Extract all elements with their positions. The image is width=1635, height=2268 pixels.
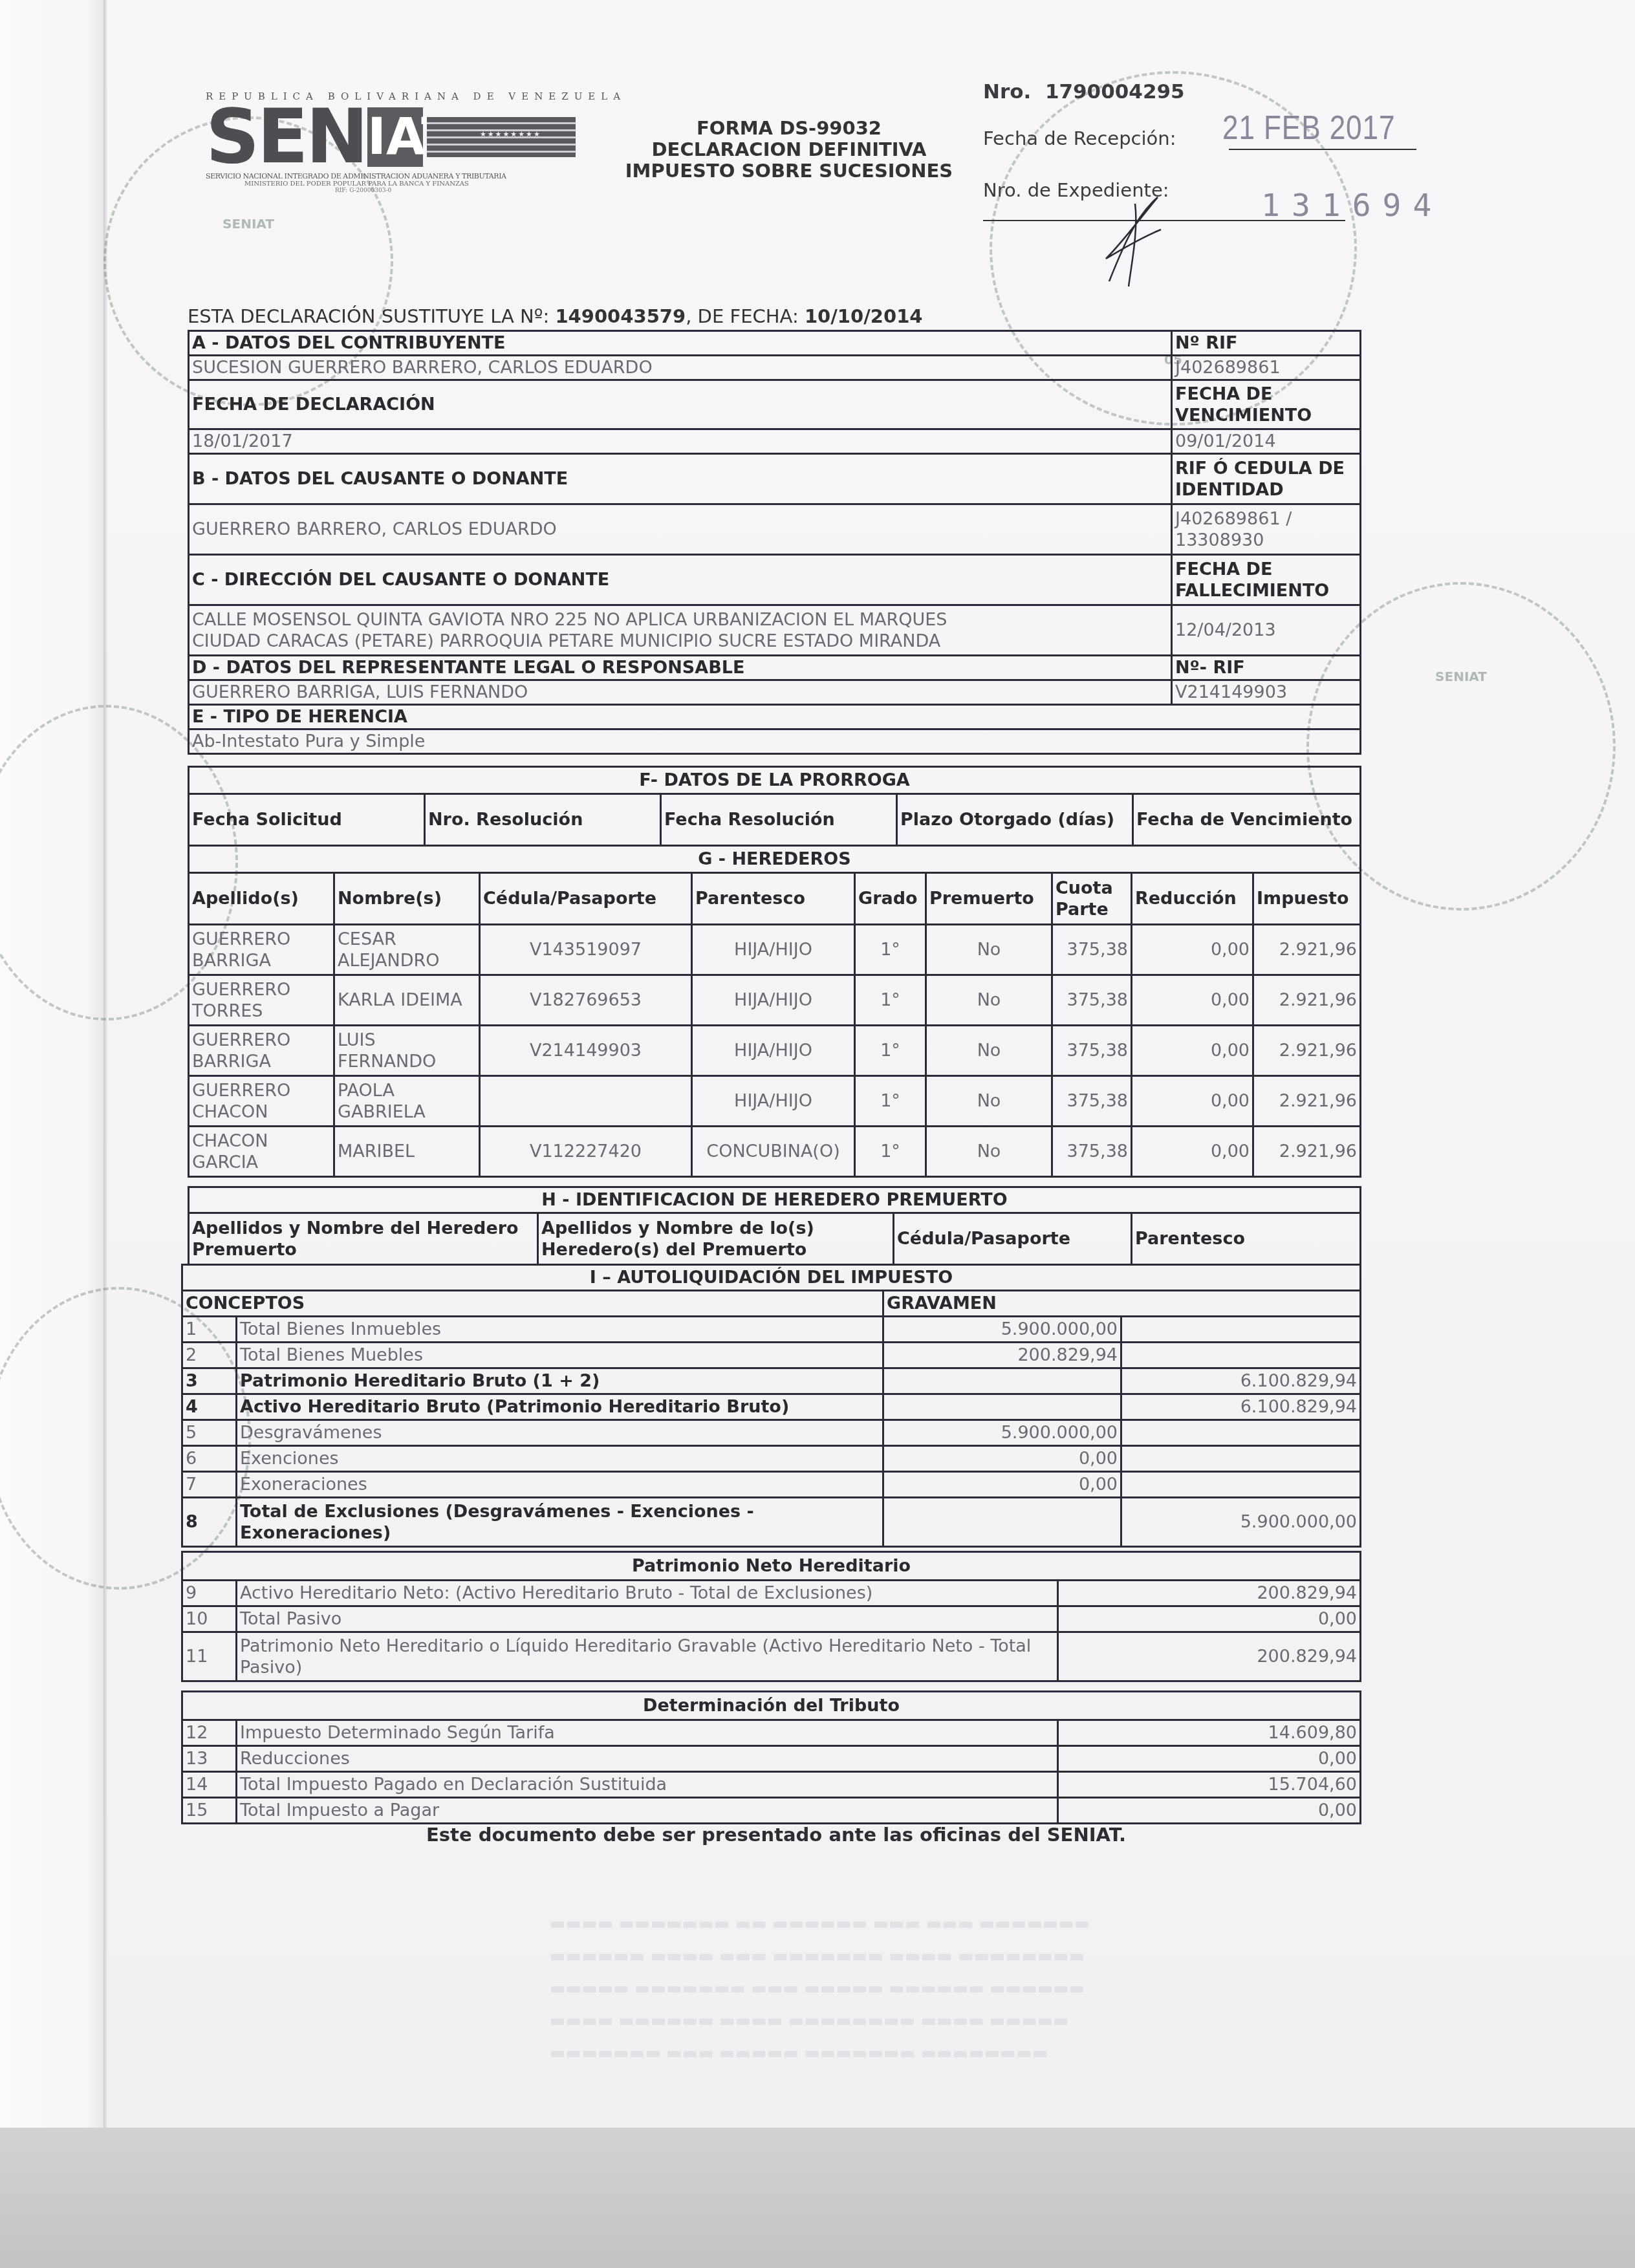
heir-nombres: CESAR ALEJANDRO	[334, 925, 480, 975]
expediente-stamp: 131694	[1261, 188, 1443, 224]
concept-total: 5.900.000,00	[1121, 1498, 1361, 1547]
causante-address: CALLE MOSENSOL QUINTA GAVIOTA NRO 225 NO…	[189, 605, 1172, 656]
concept-number: 6	[182, 1446, 237, 1472]
concept-total: 6.100.829,94	[1121, 1368, 1361, 1394]
gravamen-label: GRAVAMEN	[883, 1291, 1361, 1317]
concept-total: 6.100.829,94	[1121, 1394, 1361, 1420]
heir-reduccion: 0,00	[1132, 925, 1253, 975]
substituted-date: 10/10/2014	[805, 305, 923, 327]
fallecimiento-label: FECHA DE FALLECIMIENTO	[1172, 555, 1361, 605]
col-fecha-vencimiento: Fecha de Vencimiento	[1133, 794, 1361, 846]
tributo-number: 12	[182, 1720, 237, 1746]
substitution-prefix: ESTA DECLARACIÓN SUSTITUYE LA Nº:	[188, 305, 555, 327]
bleed-through-text: ▬▬▬▬ ▬▬▬▬▬▬▬ ▬▬ ▬▬▬▬▬▬ ▬▬▬ ▬▬▬ ▬▬▬▬▬▬▬	[550, 1914, 1090, 1934]
col-cedula: Cédula/Pasaporte	[480, 873, 692, 925]
heir-grado: 1°	[855, 1127, 926, 1177]
heir-cuota-parte: 375,38	[1052, 1127, 1132, 1177]
tributo-number: 14	[182, 1772, 237, 1798]
concept-label: Activo Hereditario Bruto (Patrimonio Her…	[237, 1394, 883, 1420]
concept-row: 1Total Bienes Inmuebles5.900.000,00	[182, 1317, 1361, 1343]
concept-row: 3Patrimonio Hereditario Bruto (1 + 2)6.1…	[182, 1368, 1361, 1394]
concept-gravamen	[883, 1394, 1121, 1420]
heir-grado: 1°	[855, 975, 926, 1026]
fecha-declaracion-label: FECHA DE DECLARACIÓN	[189, 380, 1172, 429]
heir-apellidos: GUERRERO CHACON	[189, 1076, 334, 1127]
fecha-recepcion-label: Fecha de Recepción:	[983, 127, 1176, 149]
neto-value: 200.829,94	[1058, 1632, 1361, 1681]
col-reduccion: Reducción	[1132, 873, 1253, 925]
concept-label: Patrimonio Hereditario Bruto (1 + 2)	[237, 1368, 883, 1394]
declaration-number: Nro. 1790004295	[983, 80, 1185, 103]
col-parentesco-premuerto: Parentesco	[1132, 1213, 1361, 1265]
fecha-recepcion-line	[1229, 149, 1416, 150]
tributo-label: Total Impuesto Pagado en Declaración Sus…	[237, 1772, 1058, 1798]
logo-sen: SEN	[206, 105, 366, 169]
neto-number: 11	[182, 1632, 237, 1681]
neto-number: 10	[182, 1606, 237, 1632]
substituted-number: 1490043579	[555, 305, 686, 327]
heir-cedula: V143519097	[480, 925, 692, 975]
contribuyente-rif: J402689861	[1172, 356, 1361, 380]
section-a-title: A - DATOS DEL CONTRIBUYENTE	[189, 331, 1172, 356]
col-parentesco: Parentesco	[692, 873, 855, 925]
col-premuerto: Premuerto	[926, 873, 1052, 925]
fecha-vencimiento-label: FECHA DE VENCIMIENTO	[1172, 380, 1361, 429]
heir-reduccion: 0,00	[1132, 1127, 1253, 1177]
heir-cedula: V214149903	[480, 1026, 692, 1076]
ministry-name: MINISTERIO DEL PODER POPULAR PARA LA BAN…	[244, 180, 600, 188]
agency-name: SERVICIO NACIONAL INTEGRADO DE ADMINISTR…	[206, 172, 600, 180]
section-d-title: D - DATOS DEL REPRESENTANTE LEGAL O RESP…	[189, 656, 1172, 680]
fallecimiento-value: 12/04/2013	[1172, 605, 1361, 656]
heir-premuerto: No	[926, 975, 1052, 1026]
page-fold	[0, 0, 107, 2128]
neto-label: Activo Hereditario Neto: (Activo Heredit…	[237, 1581, 1058, 1606]
tributo-value: 0,00	[1058, 1798, 1361, 1824]
col-fecha-resolucion: Fecha Resolución	[661, 794, 897, 846]
heir-row: GUERRERO CHACONPAOLA GABRIELAHIJA/HIJO1°…	[189, 1076, 1361, 1127]
section-i-autoliquidacion: I – AUTOLIQUIDACIÓN DEL IMPUESTO CONCEPT…	[181, 1264, 1361, 1548]
rif-label: Nº RIF	[1172, 331, 1361, 356]
bleed-through-text: ▬▬▬▬▬▬▬ ▬▬▬ ▬▬▬▬▬ ▬▬▬▬▬▬▬ ▬▬▬▬▬▬▬▬	[550, 2044, 1048, 2063]
concept-label: Exoneraciones	[237, 1472, 883, 1498]
tributo-value: 15.704,60	[1058, 1772, 1361, 1798]
concept-row: 4Activo Hereditario Bruto (Patrimonio He…	[182, 1394, 1361, 1420]
heir-impuesto: 2.921,96	[1253, 975, 1361, 1026]
heir-row: CHACON GARCIAMARIBELV112227420CONCUBINA(…	[189, 1127, 1361, 1177]
heir-row: GUERRERO TORRESKARLA IDEIMAV182769653HIJ…	[189, 975, 1361, 1026]
concept-row: 8Total de Exclusiones (Desgravámenes - E…	[182, 1498, 1361, 1547]
conceptos-label: CONCEPTOS	[182, 1291, 883, 1317]
section-g-title: G - HEREDEROS	[189, 846, 1361, 873]
heir-reduccion: 0,00	[1132, 1026, 1253, 1076]
heir-nombres: MARIBEL	[334, 1127, 480, 1177]
substitution-middle: , DE FECHA:	[686, 305, 805, 327]
agency-rif: RIF: G-20000303-0	[335, 188, 600, 194]
section-f-prorroga: F- DATOS DE LA PRORROGA Fecha Solicitud …	[188, 766, 1361, 847]
heirs-header-row: Apellido(s) Nombre(s) Cédula/Pasaporte P…	[189, 873, 1361, 925]
form-title: FORMA DS-99032 DECLARACION DEFINITIVA IM…	[608, 118, 970, 182]
heir-impuesto: 2.921,96	[1253, 1076, 1361, 1127]
concept-gravamen	[883, 1498, 1121, 1547]
concept-number: 4	[182, 1394, 237, 1420]
heir-row: GUERRERO BARRIGALUIS FERNANDOV214149903H…	[189, 1026, 1361, 1076]
representante-rif-label: Nº- RIF	[1172, 656, 1361, 680]
heir-cuota-parte: 375,38	[1052, 1076, 1132, 1127]
concept-number: 7	[182, 1472, 237, 1498]
bleed-through-text: ▬▬▬▬ ▬▬▬▬▬▬ ▬▬▬▬ ▬▬▬▬▬▬▬▬ ▬▬▬▬ ▬▬▬▬▬	[550, 2011, 1069, 2031]
heir-reduccion: 0,00	[1132, 975, 1253, 1026]
heir-parentesco: HIJA/HIJO	[692, 925, 855, 975]
tributo-number: 13	[182, 1746, 237, 1772]
concept-total	[1121, 1343, 1361, 1368]
tributo-label: Total Impuesto a Pagar	[237, 1798, 1058, 1824]
heir-parentesco: HIJA/HIJO	[692, 1076, 855, 1127]
col-cedula-premuerto: Cédula/Pasaporte	[894, 1213, 1132, 1265]
flag-stripe-icon: ★★★★★★★★	[427, 117, 576, 157]
causante-name: GUERRERO BARRERO, CARLOS EDUARDO	[189, 504, 1172, 555]
sections-a-to-e: A - DATOS DEL CONTRIBUYENTE Nº RIF SUCES…	[188, 330, 1361, 755]
concept-label: Total Bienes Inmuebles	[237, 1317, 883, 1343]
section-b-title: B - DATOS DEL CAUSANTE O DONANTE	[189, 454, 1172, 504]
tributo-row: 14Total Impuesto Pagado en Declaración S…	[182, 1772, 1361, 1798]
neto-label: Total Pasivo	[237, 1606, 1058, 1632]
nro-value: 1790004295	[1045, 80, 1185, 103]
substitution-line: ESTA DECLARACIÓN SUSTITUYE LA Nº: 149004…	[188, 305, 922, 327]
logo-iat: IAT	[367, 107, 423, 167]
concept-number: 3	[182, 1368, 237, 1394]
heir-premuerto: No	[926, 925, 1052, 975]
concept-gravamen: 0,00	[883, 1446, 1121, 1472]
heir-cuota-parte: 375,38	[1052, 1026, 1132, 1076]
concept-label: Total Bienes Muebles	[237, 1343, 883, 1368]
concept-number: 1	[182, 1317, 237, 1343]
heir-row: GUERRERO BARRIGACESAR ALEJANDROV14351909…	[189, 925, 1361, 975]
heir-cedula: V112227420	[480, 1127, 692, 1177]
heir-grado: 1°	[855, 925, 926, 975]
col-heredero-premuerto: Apellidos y Nombre del Heredero Premuert…	[189, 1213, 538, 1265]
tributo-value: 14.609,80	[1058, 1720, 1361, 1746]
concept-total	[1121, 1472, 1361, 1498]
heir-cedula	[480, 1076, 692, 1127]
patrimonio-neto: Patrimonio Neto Hereditario 9Activo Here…	[181, 1551, 1361, 1682]
fecha-declaracion-value: 18/01/2017	[189, 429, 1172, 454]
form-subtitle: IMPUESTO SOBRE SUCESIONES	[608, 160, 970, 182]
heir-nombres: LUIS FERNANDO	[334, 1026, 480, 1076]
neto-value: 0,00	[1058, 1606, 1361, 1632]
heir-premuerto: No	[926, 1127, 1052, 1177]
col-herederos-del-premuerto: Apellidos y Nombre de lo(s) Heredero(s) …	[538, 1213, 894, 1265]
concept-number: 5	[182, 1420, 237, 1446]
heir-grado: 1°	[855, 1026, 926, 1076]
section-g-herederos: G - HEREDEROS Apellido(s) Nombre(s) Cédu…	[188, 845, 1361, 1178]
section-h-premuerto: H - IDENTIFICACION DE HEREDERO PREMUERTO…	[188, 1186, 1361, 1266]
heir-premuerto: No	[926, 1026, 1052, 1076]
tributo-row: 12Impuesto Determinado Según Tarifa14.60…	[182, 1720, 1361, 1746]
concept-total	[1121, 1317, 1361, 1343]
concept-label: Total de Exclusiones (Desgravámenes - Ex…	[237, 1498, 883, 1547]
col-grado: Grado	[855, 873, 926, 925]
heir-grado: 1°	[855, 1076, 926, 1127]
tributo-label: Reducciones	[237, 1746, 1058, 1772]
bleed-through-text: ▬▬▬▬▬▬ ▬▬▬▬ ▬▬▬ ▬▬▬▬▬▬▬ ▬▬▬▬ ▬▬▬▬▬▬▬▬	[550, 1947, 1085, 1966]
concept-gravamen: 0,00	[883, 1472, 1121, 1498]
col-nombres: Nombre(s)	[334, 873, 480, 925]
causante-id: J402689861 / 13308930	[1172, 504, 1361, 555]
heir-premuerto: No	[926, 1076, 1052, 1127]
signature-icon	[1096, 191, 1167, 288]
tributo-value: 0,00	[1058, 1746, 1361, 1772]
concept-total	[1121, 1446, 1361, 1472]
heir-apellidos: GUERRERO TORRES	[189, 975, 334, 1026]
causante-cedula: 13308930	[1175, 530, 1357, 551]
nro-label: Nro.	[983, 80, 1031, 103]
scanner-background	[0, 2128, 1635, 2268]
concept-total	[1121, 1420, 1361, 1446]
col-cuota-parte: Cuota Parte	[1052, 873, 1132, 925]
concept-row: 6Exenciones0,00	[182, 1446, 1361, 1472]
footer-note: Este documento debe ser presentado ante …	[188, 1824, 1365, 1846]
neto-row: 9Activo Hereditario Neto: (Activo Heredi…	[182, 1581, 1361, 1606]
tipo-herencia-value: Ab-Intestato Pura y Simple	[189, 729, 1361, 754]
heir-parentesco: HIJA/HIJO	[692, 975, 855, 1026]
concept-gravamen: 5.900.000,00	[883, 1317, 1121, 1343]
heir-nombres: PAOLA GABRIELA	[334, 1076, 480, 1127]
heir-cuota-parte: 375,38	[1052, 975, 1132, 1026]
reception-date-stamp: 21 FEB 2017	[1222, 109, 1395, 147]
col-apellidos: Apellido(s)	[189, 873, 334, 925]
address-line-1: CALLE MOSENSOL QUINTA GAVIOTA NRO 225 NO…	[192, 609, 1168, 631]
heir-apellidos: GUERRERO BARRIGA	[189, 925, 334, 975]
form-name: DECLARACION DEFINITIVA	[608, 139, 970, 160]
heir-apellidos: CHACON GARCIA	[189, 1127, 334, 1177]
col-plazo-otorgado: Plazo Otorgado (días)	[897, 794, 1133, 846]
concept-label: Desgravámenes	[237, 1420, 883, 1446]
neto-row: 10Total Pasivo0,00	[182, 1606, 1361, 1632]
concept-row: 2Total Bienes Muebles200.829,94	[182, 1343, 1361, 1368]
representante-rif: V214149903	[1172, 680, 1361, 705]
address-line-2: CIUDAD CARACAS (PETARE) PARROQUIA PETARE…	[192, 631, 1168, 652]
neto-label: Patrimonio Neto Hereditario o Líquido He…	[237, 1632, 1058, 1681]
heir-cuota-parte: 375,38	[1052, 925, 1132, 975]
causante-rif: J402689861 /	[1175, 508, 1357, 530]
causante-id-label: RIF Ó CEDULA DE IDENTIDAD	[1172, 454, 1361, 504]
heir-impuesto: 2.921,96	[1253, 1127, 1361, 1177]
heir-impuesto: 2.921,96	[1253, 1026, 1361, 1076]
neto-row: 11Patrimonio Neto Hereditario o Líquido …	[182, 1632, 1361, 1681]
determinacion-tributo: Determinación del Tributo 12Impuesto Det…	[181, 1690, 1361, 1824]
heir-parentesco: HIJA/HIJO	[692, 1026, 855, 1076]
section-c-title: C - DIRECCIÓN DEL CAUSANTE O DONANTE	[189, 555, 1172, 605]
heir-reduccion: 0,00	[1132, 1076, 1253, 1127]
col-fecha-solicitud: Fecha Solicitud	[189, 794, 425, 846]
section-f-title: F- DATOS DE LA PRORROGA	[189, 767, 1361, 794]
tributo-number: 15	[182, 1798, 237, 1824]
concept-row: 5Desgravámenes5.900.000,00	[182, 1420, 1361, 1446]
col-nro-resolucion: Nro. Resolución	[425, 794, 661, 846]
neto-number: 9	[182, 1581, 237, 1606]
tributo-row: 13Reducciones0,00	[182, 1746, 1361, 1772]
tributo-title: Determinación del Tributo	[182, 1692, 1361, 1720]
neto-title: Patrimonio Neto Hereditario	[182, 1552, 1361, 1581]
heir-impuesto: 2.921,96	[1253, 925, 1361, 975]
concept-number: 8	[182, 1498, 237, 1547]
concept-gravamen	[883, 1368, 1121, 1394]
col-impuesto: Impuesto	[1253, 873, 1361, 925]
tributo-row: 15Total Impuesto a Pagar0,00	[182, 1798, 1361, 1824]
neto-value: 200.829,94	[1058, 1581, 1361, 1606]
concept-number: 2	[182, 1343, 237, 1368]
section-e-title: E - TIPO DE HERENCIA	[189, 705, 1361, 729]
concept-label: Exenciones	[237, 1446, 883, 1472]
seniat-logo: REPUBLICA BOLIVARIANA DE VENEZUELA SEN I…	[206, 91, 600, 194]
heir-apellidos: GUERRERO BARRIGA	[189, 1026, 334, 1076]
form-code: FORMA DS-99032	[608, 118, 970, 139]
fecha-vencimiento-value: 09/01/2014	[1172, 429, 1361, 454]
contribuyente-name: SUCESION GUERRERO BARRERO, CARLOS EDUARD…	[189, 356, 1172, 380]
section-i-title: I – AUTOLIQUIDACIÓN DEL IMPUESTO	[182, 1265, 1361, 1291]
concept-gravamen: 200.829,94	[883, 1343, 1121, 1368]
heir-parentesco: CONCUBINA(O)	[692, 1127, 855, 1177]
tributo-label: Impuesto Determinado Según Tarifa	[237, 1720, 1058, 1746]
concept-row: 7Exoneraciones0,00	[182, 1472, 1361, 1498]
heir-cedula: V182769653	[480, 975, 692, 1026]
heir-nombres: KARLA IDEIMA	[334, 975, 480, 1026]
bleed-through-text: ▬▬▬▬▬ ▬▬▬▬▬▬▬ ▬▬▬ ▬▬▬▬▬ ▬▬▬▬▬▬ ▬▬▬▬▬▬	[550, 1979, 1085, 1998]
representante-name: GUERRERO BARRIGA, LUIS FERNANDO	[189, 680, 1172, 705]
concept-gravamen: 5.900.000,00	[883, 1420, 1121, 1446]
section-h-title: H - IDENTIFICACION DE HEREDERO PREMUERTO	[189, 1187, 1361, 1213]
